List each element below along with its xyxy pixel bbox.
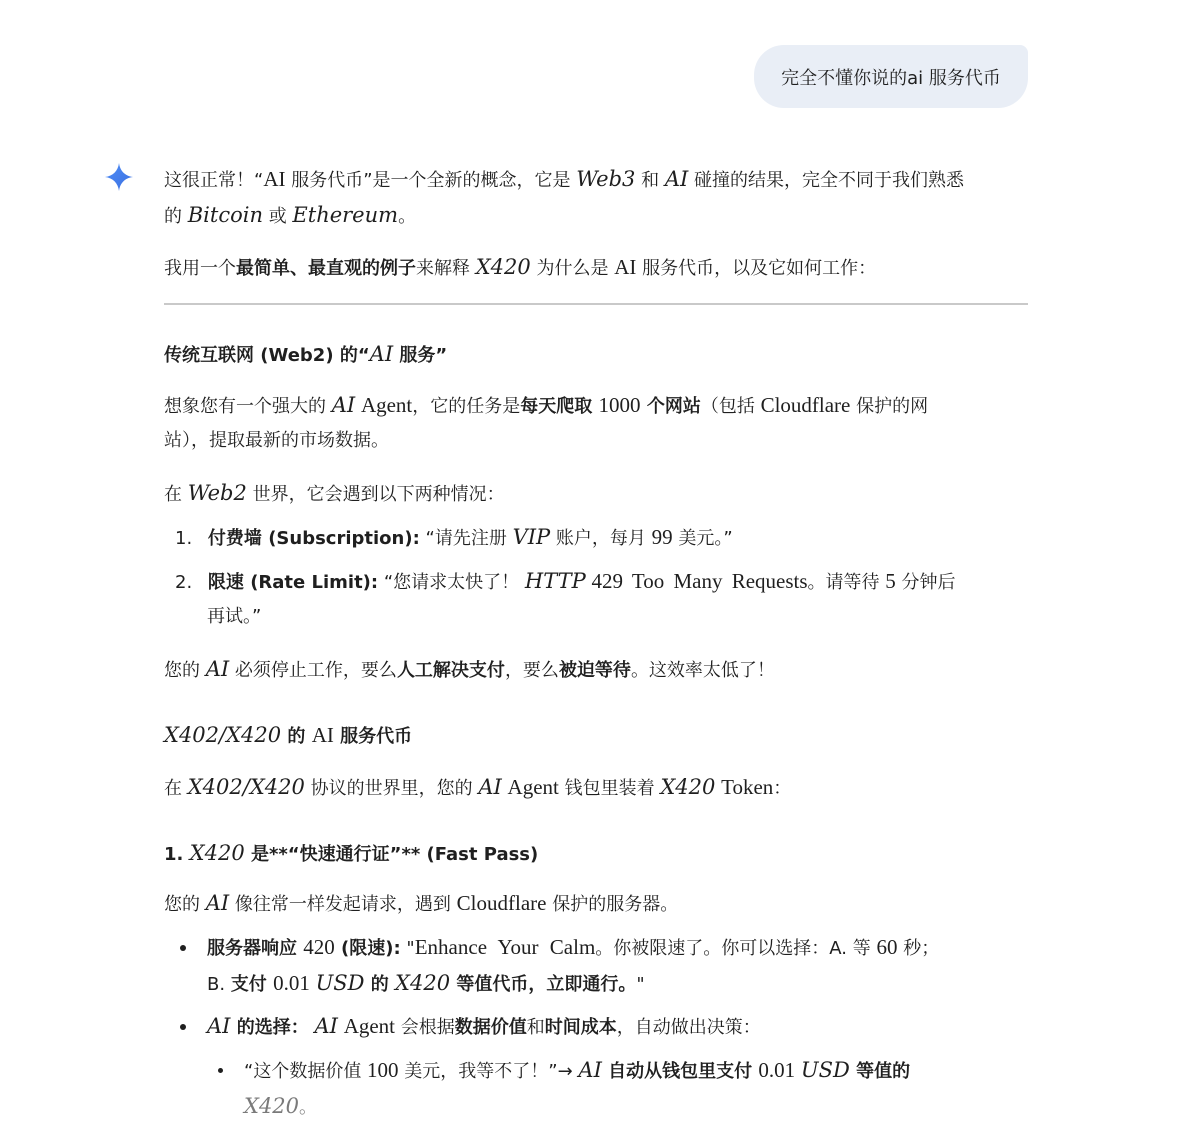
text: 您的 xyxy=(164,660,206,681)
math-text: HTTP xyxy=(525,569,586,593)
text: 美元。” xyxy=(673,528,733,549)
divider xyxy=(164,303,1028,305)
text: 在 xyxy=(164,484,188,505)
bold-text: 的选择： xyxy=(230,1017,308,1038)
text: Cloudflare xyxy=(457,891,547,915)
math-text: X420 xyxy=(244,1094,299,1118)
text: AI xyxy=(312,723,334,747)
text: 碰撞的结果，完全不同于我们熟悉 xyxy=(688,170,964,191)
text: 5 xyxy=(885,569,896,593)
sub-bullet-dot xyxy=(218,1068,223,1073)
text: Token xyxy=(721,775,773,799)
bold-text: 被迫等待 xyxy=(559,660,631,681)
text: ，它的任务是 xyxy=(412,396,520,417)
text: 在 xyxy=(164,778,188,799)
text: 是**“快速通行证”** (Fast Pass) xyxy=(245,844,539,865)
math-text: X420 xyxy=(476,255,531,279)
text: 99 xyxy=(652,525,673,549)
text: AI xyxy=(614,255,636,279)
bold-text: (限速): xyxy=(335,938,401,959)
bullet-dot xyxy=(180,1024,186,1030)
text: 来解释 xyxy=(416,258,476,279)
text: 。你被限速了。你可以选择：A. 等 xyxy=(595,938,876,959)
text: 保护的服务器。 xyxy=(546,894,678,915)
math-text: X420 xyxy=(660,775,715,799)
math-text: AI xyxy=(665,167,688,191)
response-explain: 我用一个最简单、最直观的例子来解释 X420 为什么是 AI 服务代币，以及它如… xyxy=(164,250,1030,286)
math-text: AI xyxy=(206,657,229,681)
list-number: 1. xyxy=(175,528,192,549)
bullet-ai-choice: AI 的选择： AI Agent 会根据数据价值和时间成本，自动做出决策： xyxy=(207,1009,1037,1045)
text: “这个数据价值 xyxy=(244,1061,367,1082)
text: 传统互联网 (Web2) 的“ xyxy=(164,345,370,366)
math-text: VIP xyxy=(513,525,551,549)
text: （包括 xyxy=(701,396,761,417)
user-message-bubble: 完全不懂你说的ai 服务代币 xyxy=(754,45,1028,108)
text: 服务代币 xyxy=(334,726,412,747)
text: 0.01 xyxy=(758,1058,795,1082)
text: 像往常一样发起请求，遇到 xyxy=(229,894,456,915)
text: 或 xyxy=(263,206,292,227)
bold-text: 付费墙 (Subscription): xyxy=(208,528,420,549)
text: 为什么是 xyxy=(531,258,614,279)
text: 60 xyxy=(876,935,897,959)
math-text: X420 xyxy=(190,841,245,865)
math-text: AI xyxy=(314,1014,337,1038)
text: 的 xyxy=(281,726,312,747)
text: " xyxy=(636,974,644,995)
text: 0.01 xyxy=(273,971,310,995)
text: ： xyxy=(773,778,791,799)
math-text: Web2 xyxy=(188,481,247,505)
text: 站），提取最新的市场数据。 xyxy=(164,424,1030,458)
text: 420 xyxy=(303,935,335,959)
text: 协议的世界里，您的 xyxy=(305,778,478,799)
text: 服务代币，以及它如何工作： xyxy=(636,258,876,279)
list-number: 2. xyxy=(175,572,192,593)
text: 秒； xyxy=(897,938,939,959)
text: 想象您有一个强大的 xyxy=(164,396,332,417)
text: 1000 xyxy=(599,393,641,417)
text: 再试。” xyxy=(175,600,956,634)
text: 美元，我等不了！”→ xyxy=(399,1061,579,1082)
bullet-server-response: 服务器响应 420 (限速): "Enhance Your Calm。你被限速了… xyxy=(207,930,1037,1002)
text: Agent xyxy=(508,775,559,799)
web2-situations-intro: 在 Web2 世界，它会遇到以下两种情况： xyxy=(164,476,1030,512)
math-text: AI xyxy=(578,1058,601,1082)
bold-text: 等值的 xyxy=(850,1061,910,1082)
text: " xyxy=(401,938,415,959)
section-title-x420: X402/X420 的 AI 服务代币 xyxy=(164,718,1030,754)
sub-bullet-pay: “这个数据价值 100 美元，我等不了！”→ AI 自动从钱包里支付 0.01 … xyxy=(244,1053,1044,1125)
math-text: AI xyxy=(207,1014,230,1038)
text: 这很正常！“ xyxy=(164,170,263,191)
text: 和 xyxy=(527,1017,545,1038)
math-text: Ethereum xyxy=(292,203,398,227)
text: 和 xyxy=(635,170,664,191)
bold-text: 最简单、最直观的例子 xyxy=(236,258,416,279)
text: 必须停止工作，要么 xyxy=(229,660,397,681)
text: Agent xyxy=(361,393,412,417)
text: 。 xyxy=(299,1097,317,1118)
web2-paragraph: 想象您有一个强大的 AI Agent，它的任务是每天爬取 1000 个网站（包括… xyxy=(164,388,1030,458)
text: 。请等待 xyxy=(808,572,886,593)
list-item-1: 1. 付费墙 (Subscription): “请先注册 VIP 账户，每月 9… xyxy=(175,520,733,556)
response-intro: 这很正常！“AI 服务代币”是一个全新的概念，它是 Web3 和 AI 碰撞的结… xyxy=(164,162,1030,234)
text: 世界，它会遇到以下两种情况： xyxy=(247,484,505,505)
math-text: AI xyxy=(206,891,229,915)
text: 我用一个 xyxy=(164,258,236,279)
text: Cloudflare xyxy=(761,393,851,417)
text: “请先注册 xyxy=(420,528,513,549)
bold-text: 每天爬取 xyxy=(520,396,598,417)
web2-conclusion: 您的 AI 必须停止工作，要么人工解决支付，要么被迫等待。这效率太低了！ xyxy=(164,652,1030,688)
bold-text: 人工解决支付 xyxy=(397,660,505,681)
text: 钱包里装着 xyxy=(559,778,660,799)
bold-text: 支付 xyxy=(231,974,273,995)
text: ，要么 xyxy=(505,660,559,681)
text: 100 xyxy=(367,1058,399,1082)
math-text: X402/X420 xyxy=(188,775,305,799)
text: 429 Too Many Requests xyxy=(591,569,807,593)
text: B. xyxy=(207,974,231,995)
bold-text: 的 xyxy=(364,974,395,995)
math-text: AI xyxy=(332,393,355,417)
bullet-dot xyxy=(180,945,186,951)
user-message-text: 完全不懂你说的ai 服务代币 xyxy=(781,64,1001,90)
text: 的 xyxy=(164,206,188,227)
math-text: USD xyxy=(801,1058,850,1082)
math-text: X420 xyxy=(395,971,450,995)
text: 保护的网 xyxy=(850,396,928,417)
bold-text: 时间成本 xyxy=(545,1017,617,1038)
text: Agent xyxy=(344,1014,395,1038)
bold-text: 等值代币，立即通行。 xyxy=(450,974,636,995)
bold-text: 自动从钱包里支付 xyxy=(602,1061,759,1082)
text: AI xyxy=(263,167,285,191)
fast-pass-heading: 1. X420 是**“快速通行证”** (Fast Pass) xyxy=(164,836,1030,872)
text: 。 xyxy=(398,206,416,227)
math-text: AI xyxy=(478,775,501,799)
text: 服务代币”是一个全新的概念，它是 xyxy=(286,170,577,191)
bold-text: 数据价值 xyxy=(455,1017,527,1038)
math-text: AI xyxy=(370,342,393,366)
text: ，自动做出决策： xyxy=(617,1017,761,1038)
text: 分钟后 xyxy=(896,572,956,593)
math-text: Bitcoin xyxy=(188,203,263,227)
text: 1. xyxy=(164,844,190,865)
math-text: USD xyxy=(316,971,365,995)
bold-text: 服务器响应 xyxy=(207,938,303,959)
x420-intro: 在 X402/X420 协议的世界里，您的 AI Agent 钱包里装着 X42… xyxy=(164,770,1030,806)
math-text: Web3 xyxy=(576,167,635,191)
text: “您请求太快了！ xyxy=(378,572,525,593)
math-text: X402/X420 xyxy=(164,723,281,747)
gemini-sparkle-icon xyxy=(104,162,134,192)
text: 账户，每月 xyxy=(550,528,651,549)
text: 。这效率太低了！ xyxy=(631,660,775,681)
section-title-web2: 传统互联网 (Web2) 的“AI 服务” xyxy=(164,337,1030,373)
text: Enhance Your Calm xyxy=(415,935,596,959)
bold-text: 个网站 xyxy=(641,396,701,417)
text: 服务” xyxy=(393,345,447,366)
fast-pass-paragraph: 您的 AI 像往常一样发起请求，遇到 Cloudflare 保护的服务器。 xyxy=(164,886,1030,922)
text: 会根据 xyxy=(395,1017,455,1038)
bold-text: 限速 (Rate Limit): xyxy=(208,572,378,593)
text: 您的 xyxy=(164,894,206,915)
list-item-2: 2. 限速 (Rate Limit): “您请求太快了！ HTTP 429 To… xyxy=(175,564,956,634)
